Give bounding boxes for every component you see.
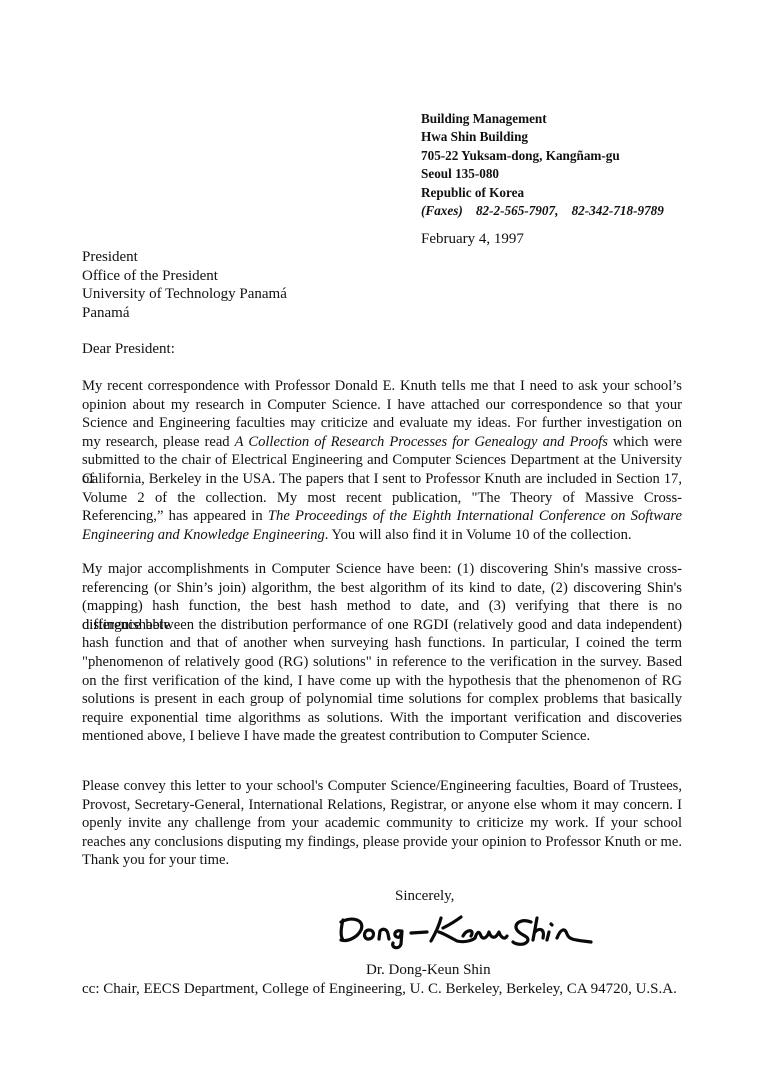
handwritten-signature: Dong-Keun Shin [335, 910, 595, 950]
paragraph-line: Thank you for your time. [82, 851, 682, 870]
paragraph-line: openly invite any challenge from your ac… [82, 814, 682, 833]
paragraph-line: solutions is present in each group of po… [82, 690, 682, 709]
text-run: which were [608, 434, 682, 450]
text-run: Please convey this letter to your school… [82, 778, 682, 794]
paragraph-line: require exponential time algorithms as s… [82, 709, 682, 728]
letterhead-line: 705-22 Yuksam-dong, Kangñam-gu [421, 147, 664, 165]
paragraph-line: (mapping) hash function, the best hash m… [82, 597, 682, 616]
recipient-line: Panamá [82, 304, 287, 323]
text-run: Volume 2 of the collection. My most rece… [82, 490, 682, 506]
recipient-line: Office of the President [82, 267, 287, 286]
paragraph-line: My recent correspondence with Professor … [82, 377, 682, 396]
signer-name: Dr. Dong-Keun Shin [366, 961, 491, 979]
recipient-address: President Office of the President Univer… [82, 248, 287, 322]
text-run: My recent correspondence with Professor … [82, 378, 682, 394]
text-run: Referencing,” has appeared in [82, 508, 268, 524]
paragraph-line: California, Berkeley in the USA. The pap… [82, 470, 682, 489]
salutation: Dear President: [82, 340, 175, 358]
text-run: difference between the distribution perf… [82, 617, 682, 633]
fax-number: 82-342-718-9789 [572, 203, 664, 218]
text-run: on the first verification of the kind, I… [82, 673, 682, 689]
paragraph-line: submitted to the chair of Electrical Eng… [82, 451, 682, 470]
fax-label: (Faxes) [421, 203, 463, 218]
sender-letterhead: Building Management Hwa Shin Building 70… [421, 110, 664, 220]
text-run: mentioned above, I believe I have made t… [82, 728, 590, 744]
paragraph-line: reaches any conclusions disputing my fin… [82, 833, 682, 852]
recipient-line: University of Technology Panamá [82, 285, 287, 304]
text-run: reaches any conclusions disputing my fin… [82, 834, 682, 850]
paragraph-line: "phenomenon of relatively good (RG) solu… [82, 653, 682, 672]
paragraph-line: Engineering and Knowledge Engineering. Y… [82, 526, 682, 545]
recipient-line: President [82, 248, 287, 267]
closing: Sincerely, [395, 887, 454, 905]
paragraph-line: opinion about my research in Computer Sc… [82, 396, 682, 415]
text-run: My major accomplishments in Computer Sci… [82, 561, 682, 577]
text-run: referencing (or Shin’s join) algorithm, … [82, 580, 682, 596]
body-paragraph-2: My major accomplishments in Computer Sci… [82, 560, 682, 746]
cc-line: cc: Chair, EECS Department, College of E… [82, 980, 677, 998]
text-run: California, Berkeley in the USA. The pap… [82, 471, 682, 487]
italic-title: Engineering and Knowledge Engineering [82, 527, 325, 543]
paragraph-line: Please convey this letter to your school… [82, 777, 682, 796]
text-run: Science and Engineering faculties may cr… [82, 415, 682, 431]
paragraph-line: Science and Engineering faculties may cr… [82, 414, 682, 433]
paragraph-line: hash function and that of another when s… [82, 634, 682, 653]
letter-date: February 4, 1997 [421, 230, 524, 248]
paragraph-line: Referencing,” has appeared in The Procee… [82, 507, 682, 526]
italic-title: The Proceedings of the Eighth Internatio… [268, 508, 682, 524]
paragraph-line: Volume 2 of the collection. My most rece… [82, 489, 682, 508]
text-run: "phenomenon of relatively good (RG) solu… [82, 654, 682, 670]
text-run: opinion about my research in Computer Sc… [82, 397, 682, 413]
letterhead-line: Hwa Shin Building [421, 128, 664, 146]
letterhead-line: Seoul 135-080 [421, 165, 664, 183]
paragraph-line: my research, please read A Collection of… [82, 433, 682, 452]
italic-title: A Collection of Research Processes for G… [235, 434, 608, 450]
text-run: require exponential time algorithms as s… [82, 710, 682, 726]
paragraph-line: difference between the distribution perf… [82, 616, 682, 635]
text-run: hash function and that of another when s… [82, 635, 682, 651]
fax-number: 82-2-565-7907, [476, 203, 558, 218]
text-run: Thank you for your time. [82, 852, 229, 868]
paragraph-line: My major accomplishments in Computer Sci… [82, 560, 682, 579]
text-run: . You will also find it in Volume 10 of … [325, 527, 632, 543]
letterhead-line: Building Management [421, 110, 664, 128]
body-paragraph-1: My recent correspondence with Professor … [82, 377, 682, 544]
letterhead-line: Republic of Korea [421, 184, 664, 202]
fax-line: (Faxes) 82-2-565-7907, 82-342-718-9789 [421, 202, 664, 220]
paragraph-line: mentioned above, I believe I have made t… [82, 727, 682, 746]
paragraph-line: referencing (or Shin’s join) algorithm, … [82, 579, 682, 598]
text-run: solutions is present in each group of po… [82, 691, 682, 707]
paragraph-line: on the first verification of the kind, I… [82, 672, 682, 691]
text-run: openly invite any challenge from your ac… [82, 815, 682, 831]
text-run: my research, please read [82, 434, 235, 450]
text-run: Provost, Secretary-General, Internationa… [82, 797, 682, 813]
paragraph-line: Provost, Secretary-General, Internationa… [82, 796, 682, 815]
body-paragraph-3: Please convey this letter to your school… [82, 777, 682, 870]
